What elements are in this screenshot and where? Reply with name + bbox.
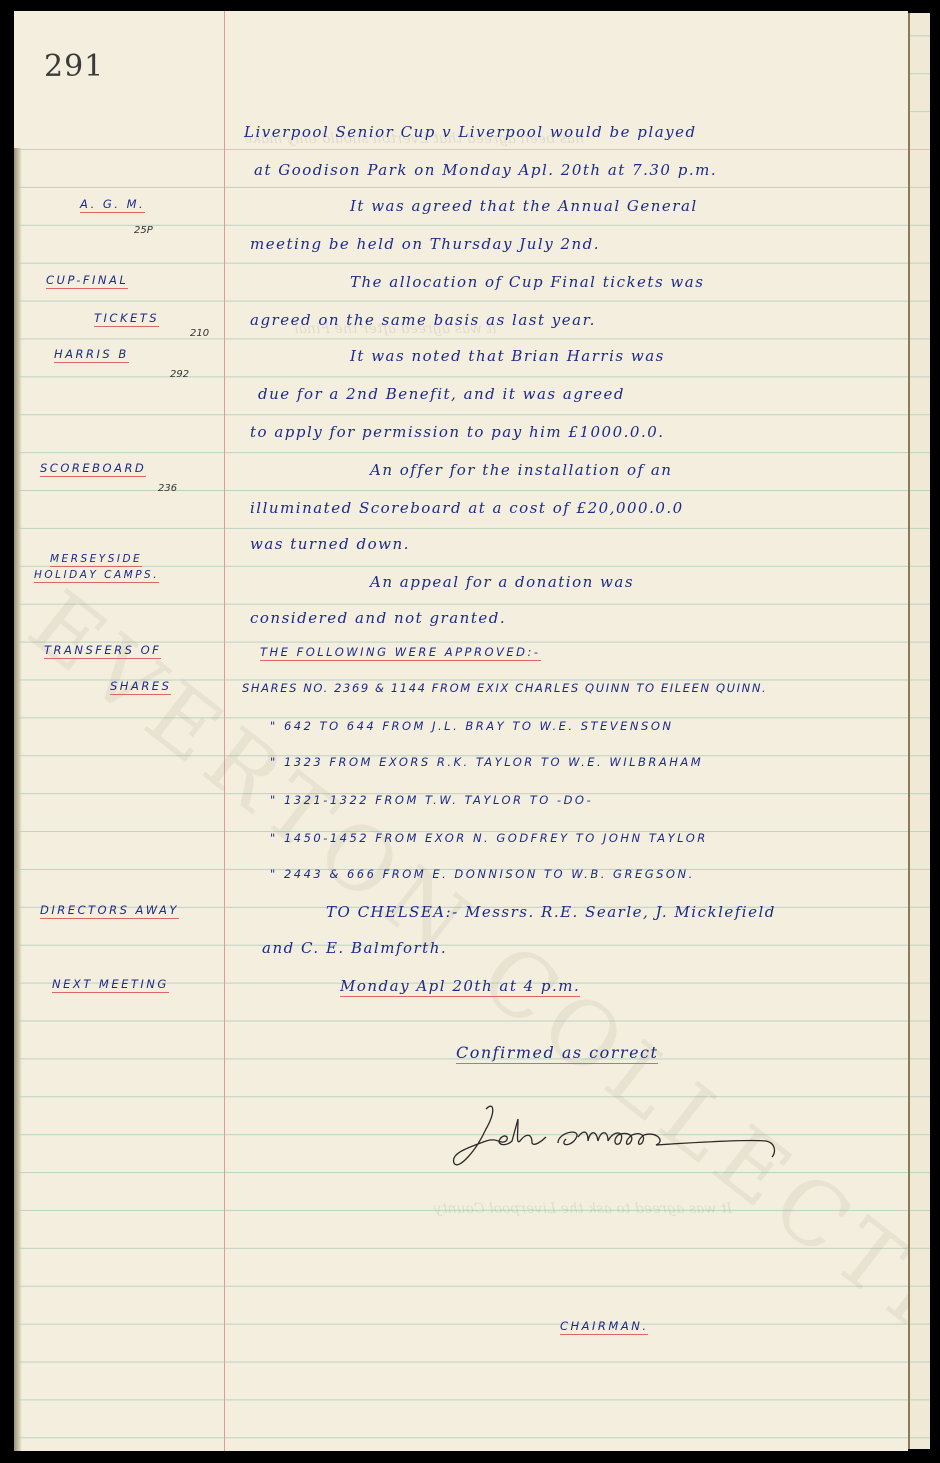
minute-line: Liverpool Senior Cup v Liverpool would b…: [244, 123, 697, 141]
confirmation-text: Confirmed as correct: [456, 1043, 658, 1064]
margin-note-scoreboard: SCOREBOARD: [40, 461, 146, 477]
margin-ref-number: 25P: [134, 225, 153, 236]
red-margin-rule: [224, 11, 225, 1451]
share-transfer-row: " 1321-1322 FROM T.W. TAYLOR TO -do-: [270, 793, 593, 807]
directors-away-line: TO CHELSEA:- Messrs. R.E. Searle, J. Mic…: [326, 903, 776, 921]
margin-note-agm: A. G. M.: [80, 197, 145, 213]
minute-line: was turned down.: [250, 535, 410, 553]
share-transfer-row: SHARES No. 2369 & 1144 FROM EXIX CHARLES…: [242, 681, 767, 695]
minute-line: considered and not granted.: [250, 609, 506, 627]
share-transfer-row: " 2443 & 666 FROM E. DONNISON TO W.B. GR…: [270, 867, 695, 881]
minute-line: to apply for permission to pay him £1000…: [250, 423, 665, 441]
margin-note-next-meeting: NEXT MEETING: [52, 977, 169, 993]
margin-ref-number: 292: [170, 369, 189, 380]
margin-ref-number: 236: [158, 483, 177, 494]
margin-note-shares: SHARES: [110, 679, 171, 695]
adjacent-page-edge: [908, 13, 930, 1449]
margin-note-transfers: TRANSFERS OF: [44, 643, 161, 659]
share-transfer-row: " 642 to 644 FROM J.L. BRAY TO W.E. STEV…: [270, 719, 674, 733]
margin-note-directors-away: DIRECTORS AWAY: [40, 903, 179, 919]
minute-line: The allocation of Cup Final tickets was: [350, 273, 704, 291]
minute-line: It was noted that Brian Harris was: [350, 347, 665, 365]
margin-note-cup-final: CUP-FINAL: [46, 273, 128, 289]
directors-away-line: and C. E. Balmforth.: [262, 939, 447, 957]
page-number: 291: [44, 49, 104, 84]
minute-line: An offer for the installation of an: [370, 461, 672, 479]
minute-line: An appeal for a donation was: [370, 573, 634, 591]
margin-ref-number: 210: [190, 328, 209, 339]
minute-line: illuminated Scoreboard at a cost of £20,…: [250, 499, 684, 517]
show-through-text: It was agreed to ask the Liverpool Count…: [434, 1201, 732, 1217]
margin-note-merseyside: MERSEYSIDE: [50, 553, 142, 567]
next-meeting-line: Monday Apl 20th at 4 p.m.: [340, 977, 580, 997]
chairman-label: CHAIRMAN.: [560, 1319, 648, 1335]
approved-heading: THE FOLLOWING WERE APPROVED:-: [260, 645, 541, 661]
minute-line: at Goodison Park on Monday Apl. 20th at …: [254, 161, 717, 179]
share-transfer-row: " 1450-1452 FROM EXOR N. GODFREY TO JOHN…: [270, 831, 708, 845]
minute-line: It was agreed that the Annual General: [350, 197, 698, 215]
share-transfer-row: " 1323 FROM EXORS R.K. TAYLOR TO W.E. WI…: [270, 755, 703, 769]
margin-note-harris: HARRIS B: [54, 347, 129, 363]
minute-line: agreed on the same basis as last year.: [250, 311, 596, 329]
chairman-signature: [446, 1101, 806, 1176]
minute-line: due for a 2nd Benefit, and it was agreed: [258, 385, 625, 403]
margin-note-tickets: TICKETS: [94, 311, 159, 327]
margin-note-holiday-camps: HOLIDAY CAMPS.: [34, 569, 159, 583]
minute-line: meeting be held on Thursday July 2nd.: [250, 235, 600, 253]
ledger-page: EVERTON COLLECTION CHARITABLE TRUST has …: [14, 11, 908, 1451]
